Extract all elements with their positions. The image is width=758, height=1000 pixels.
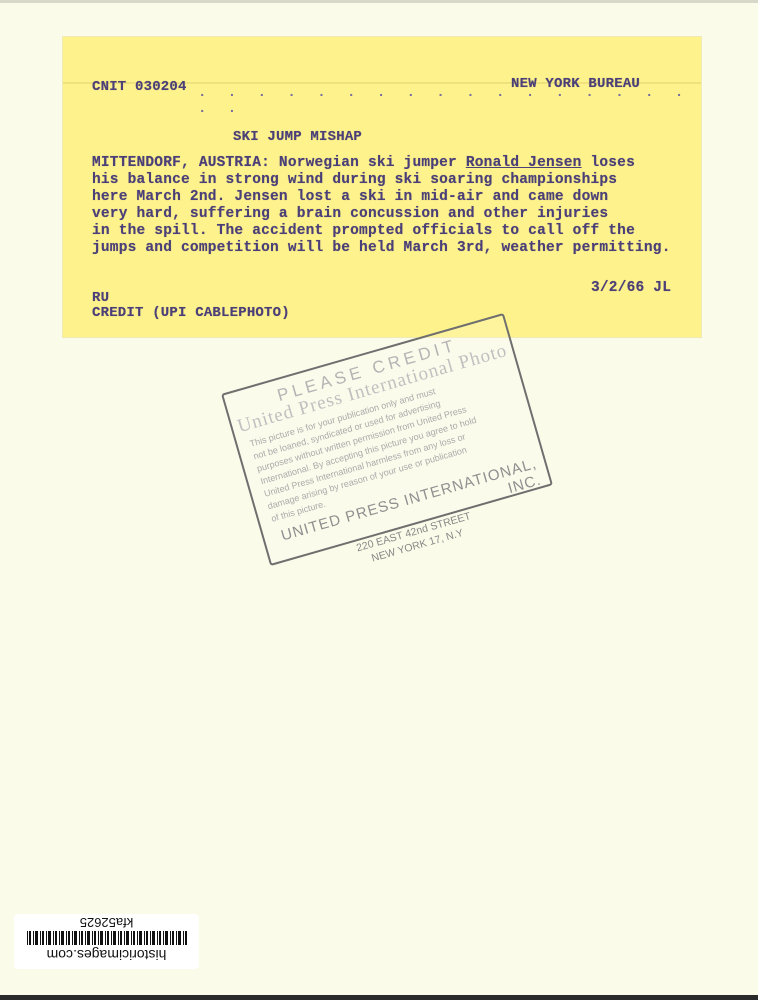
bureau-name: NEW YORK BUREAU	[511, 76, 640, 92]
body-line: here March 2nd. Jensen lost a ski in mid…	[92, 189, 608, 205]
page-top-edge	[0, 0, 758, 3]
subject-name: Ronald Jensen	[466, 155, 582, 171]
body-line: jumps and competition will be held March…	[92, 240, 671, 256]
inventory-barcode-label: historicimages.com kfa52625	[14, 914, 199, 969]
initials: RU	[92, 290, 109, 306]
body-line: his balance in strong wind during ski so…	[92, 172, 617, 188]
item-id: kfa52625	[14, 915, 199, 930]
barcode-icon	[26, 931, 187, 945]
body-line: MITTENDORF, AUSTRIA: Norwegian ski jumpe…	[92, 155, 635, 171]
site-name: historicimages.com	[14, 947, 199, 963]
page-bottom-edge	[0, 995, 758, 1000]
date-signature: 3/2/66 JL	[591, 280, 671, 296]
photo-credit: CREDIT (UPI CABLEPHOTO)	[92, 305, 290, 321]
upi-credit-stamp: PLEASE CREDIT United Press International…	[221, 313, 553, 566]
caption-slip: CNIT 030204 . . . . . . . . . . . . . . …	[63, 37, 701, 337]
header-code: CNIT 030204	[92, 79, 187, 95]
body-line: very hard, suffering a brain concussion …	[92, 206, 608, 222]
body-line: in the spill. The accident prompted offi…	[92, 223, 635, 239]
slug-title: SKI JUMP MISHAP	[233, 129, 362, 145]
